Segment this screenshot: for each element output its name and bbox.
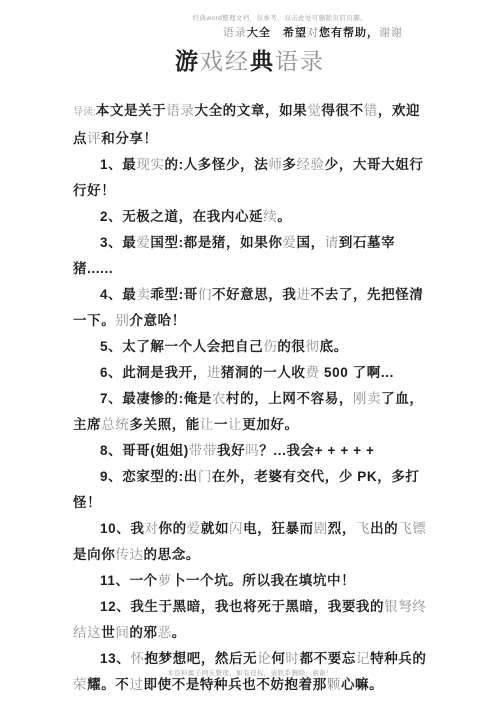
text-segment: 11、一个 [100, 573, 158, 588]
header-meta: 经典word整理文档，仅参考，双击此处可删除页眉页脚。 语录大全 希望对您有帮助… [0, 0, 500, 40]
text-segment: 觉 [307, 103, 321, 118]
text-segment: 怀 [130, 651, 144, 666]
text-segment: 世 [101, 625, 115, 640]
quote-item: 6、此洞是我开，进猪洞的一人收费 500 了啊... [73, 360, 428, 386]
text-segment: 戏经 [200, 48, 250, 74]
text-segment: 特种兵的 [370, 651, 426, 666]
text-segment: 希望 [283, 27, 307, 39]
text-segment: 进 [207, 365, 221, 380]
text-segment: 们 [198, 287, 212, 302]
text-segment: 和分享！ [101, 131, 157, 146]
quote-item: 3、最爱国型:都是猪，如果你爱国，请到石墓宰猪...... [73, 230, 428, 282]
text-segment: 8、哥哥(姐姐) [100, 443, 189, 458]
text-segment: 。 [172, 625, 186, 640]
text-segment: 爱 [187, 521, 201, 536]
article-body: 导读:本文是关于语录大全的文章，如果觉得很不错，欢迎点评和分享！ 1、最现实的:… [73, 98, 428, 698]
text-segment: 师 [268, 157, 282, 172]
text-segment: 的很 [277, 339, 305, 354]
header-note-line1: 经典word整理文档，仅参考，双击此处可删除页眉页脚。 [0, 14, 500, 23]
text-segment: 抱梦想吧，然后无 [144, 651, 257, 666]
text-segment: 本文是关于 [96, 103, 167, 118]
text-segment: 7、最凄惨的:俺是 [100, 391, 212, 406]
text-segment: 恶 [158, 625, 172, 640]
text-segment: 都不要忘 [300, 651, 356, 666]
quote-item: 9、恋家型的:出门在外，老婆有交代，少 PK，多打怪！ [73, 464, 428, 516]
text-segment: 总统 [101, 417, 129, 432]
text-segment: 请 [325, 235, 339, 250]
text-segment: 我好 [217, 443, 245, 458]
document-page: 经典word整理文档，仅参考，双击此处可删除页眉页脚。 语录大全 希望对您有帮助… [0, 0, 500, 707]
page-title: 游戏经典语录 [0, 49, 500, 74]
text-segment: 您有帮助， [319, 27, 379, 39]
text-segment [271, 27, 283, 39]
text-segment: 你的 [159, 521, 187, 536]
quote-list: 1、最现实的:人多怪少，法师多经验少，大哥大姐行行好！2、无极之道，在我内心延续… [73, 152, 428, 698]
text-segment: 闪 [229, 521, 243, 536]
text-segment: 语录 [166, 103, 194, 118]
text-segment: 错 [364, 103, 378, 118]
text-segment: 带带 [189, 443, 217, 458]
text-segment: 语录 [223, 27, 247, 39]
text-segment: 出的 [370, 521, 398, 536]
text-segment: ？...我会+ + + + + [259, 443, 374, 458]
text-segment: 即使不是特种兵也不妨抱着那 [144, 677, 327, 692]
text-segment: 典 [250, 48, 275, 74]
text-segment: 农 [212, 391, 226, 406]
text-segment: 何 [271, 651, 285, 666]
text-segment: 门 [198, 469, 212, 484]
text-segment: 村的，上网不容易， [226, 391, 353, 406]
text-segment: 耀。不 [87, 677, 129, 692]
text-segment: 13、 [100, 651, 130, 666]
quote-item: 4、最卖乖型:哥们不好意思，我进不去了，先把怪清一下。别介意哈！ [73, 282, 428, 334]
quote-item: 12、我生于黑暗，我也将死于黑暗，我要我的银弩终结这世间的邪恶。 [73, 594, 428, 646]
text-segment: 刚卖 [353, 391, 381, 406]
quote-item: 5、太了解一个人会把自己伤的很彻底。 [73, 334, 428, 360]
text-segment: 底。 [320, 339, 348, 354]
text-segment: 让 [228, 417, 242, 432]
text-segment: 4、最 [100, 287, 136, 302]
quote-item: 8、哥哥(姐姐)带带我好吗？...我会+ + + + + [73, 438, 428, 464]
text-segment: 现实 [136, 157, 164, 172]
text-segment: 荣 [73, 677, 87, 692]
text-segment: 烈， [328, 521, 356, 536]
text-segment: 乖型:哥 [150, 287, 197, 302]
quote-item: 2、无极之道，在我内心延续。 [73, 204, 428, 230]
text-segment: 对 [144, 521, 158, 536]
text-segment: 游 [175, 48, 200, 74]
quote-item: 10、我对你的爱就如闪电，狂暴而剧烈，飞出的飞镖是向你传达的思念。 [73, 516, 428, 568]
text-segment: 评 [87, 131, 101, 146]
text-segment: 2、无极之道，在我内心延 [100, 209, 263, 224]
text-segment: 10、我 [100, 521, 144, 536]
text-segment: 的:人多怪少，法 [165, 157, 269, 172]
text-segment: 心嘛。 [341, 677, 383, 692]
text-segment: 猪洞的一人收 [221, 365, 306, 380]
text-segment: 时 [285, 651, 299, 666]
text-segment: 1、最 [100, 157, 136, 172]
text-segment: 经验 [297, 157, 325, 172]
text-segment: 语录 [275, 48, 325, 74]
header-note-line2: 语录大全 希望对您有帮助，谢谢 [0, 27, 500, 40]
text-segment: 费 [306, 365, 320, 380]
text-segment: 是向你 [73, 547, 115, 562]
text-segment: 爱 [282, 235, 296, 250]
text-segment: 剧 [314, 521, 328, 536]
quote-item: 11、一个萝卜一个坑。所以我在填坑中！ [73, 568, 428, 594]
text-segment: 间 [115, 625, 129, 640]
text-segment: 彻 [306, 339, 320, 354]
text-segment: 的邪 [129, 625, 157, 640]
intro-paragraph: 导读:本文是关于语录大全的文章，如果觉得很不错，欢迎点评和分享！ [73, 98, 428, 152]
text-segment: 一 [214, 417, 228, 432]
text-segment: 500 了啊... [320, 365, 394, 380]
text-segment: 导读: [73, 107, 96, 118]
text-segment: 别 [115, 313, 129, 328]
text-segment: 爱 [136, 235, 150, 250]
text-segment: 吗 [245, 443, 259, 458]
text-segment: 颗 [327, 677, 341, 692]
text-segment: 介意哈！ [129, 313, 185, 328]
text-segment: 进 [297, 287, 311, 302]
text-segment: 就如 [201, 521, 229, 536]
text-segment: 过 [129, 677, 143, 692]
text-segment: 5、太了解一个人会把自己 [100, 339, 263, 354]
text-segment: 谢谢 [379, 27, 403, 39]
footer-note: 本资料属于网友整理，如有侵权，请联系删除，谢谢！ [0, 669, 500, 678]
text-segment: 国型:都是猪，如果你 [150, 235, 282, 250]
text-segment: 传达 [115, 547, 143, 562]
text-segment: 伤 [263, 339, 277, 354]
text-segment: 9、恋家型的:出 [100, 469, 198, 484]
quote-item: 1、最现实的:人多怪少，法师多经验少，大哥大姐行行好！ [73, 152, 428, 204]
text-segment: 国， [297, 235, 325, 250]
text-segment: 多关照，能 [129, 417, 200, 432]
text-segment: 飞镖 [398, 521, 426, 536]
text-segment: 卖 [136, 287, 150, 302]
text-segment: 不好意思，我 [212, 287, 297, 302]
text-segment: 萝 [158, 573, 172, 588]
text-segment: 大全 [247, 27, 271, 39]
text-segment: 论 [257, 651, 271, 666]
text-segment: 对 [307, 27, 319, 39]
text-segment: 大全的文章，如果 [194, 103, 307, 118]
text-segment: 12、我生于黑暗，我也将死于黑暗，我要我的 [100, 599, 384, 614]
text-segment: 的思念。 [144, 547, 200, 562]
text-segment: 记 [356, 651, 370, 666]
text-segment: 得很不 [321, 103, 363, 118]
text-segment: 3、最 [100, 235, 136, 250]
text-segment: 让 [200, 417, 214, 432]
text-segment: 续 [263, 209, 277, 224]
text-segment: 多 [282, 157, 296, 172]
text-segment: 卜一个坑。所以我在填坑中！ [172, 573, 355, 588]
quote-item: 7、最凄惨的:俺是农村的，上网不容易，刚卖了血，主席总统多关照，能让一让更加好。 [73, 386, 428, 438]
text-segment: 电，狂暴而 [243, 521, 314, 536]
text-segment: 。 [277, 209, 291, 224]
text-segment: 6、此洞是我开， [100, 365, 207, 380]
text-segment: 更加好。 [242, 417, 298, 432]
text-segment: 飞 [356, 521, 370, 536]
